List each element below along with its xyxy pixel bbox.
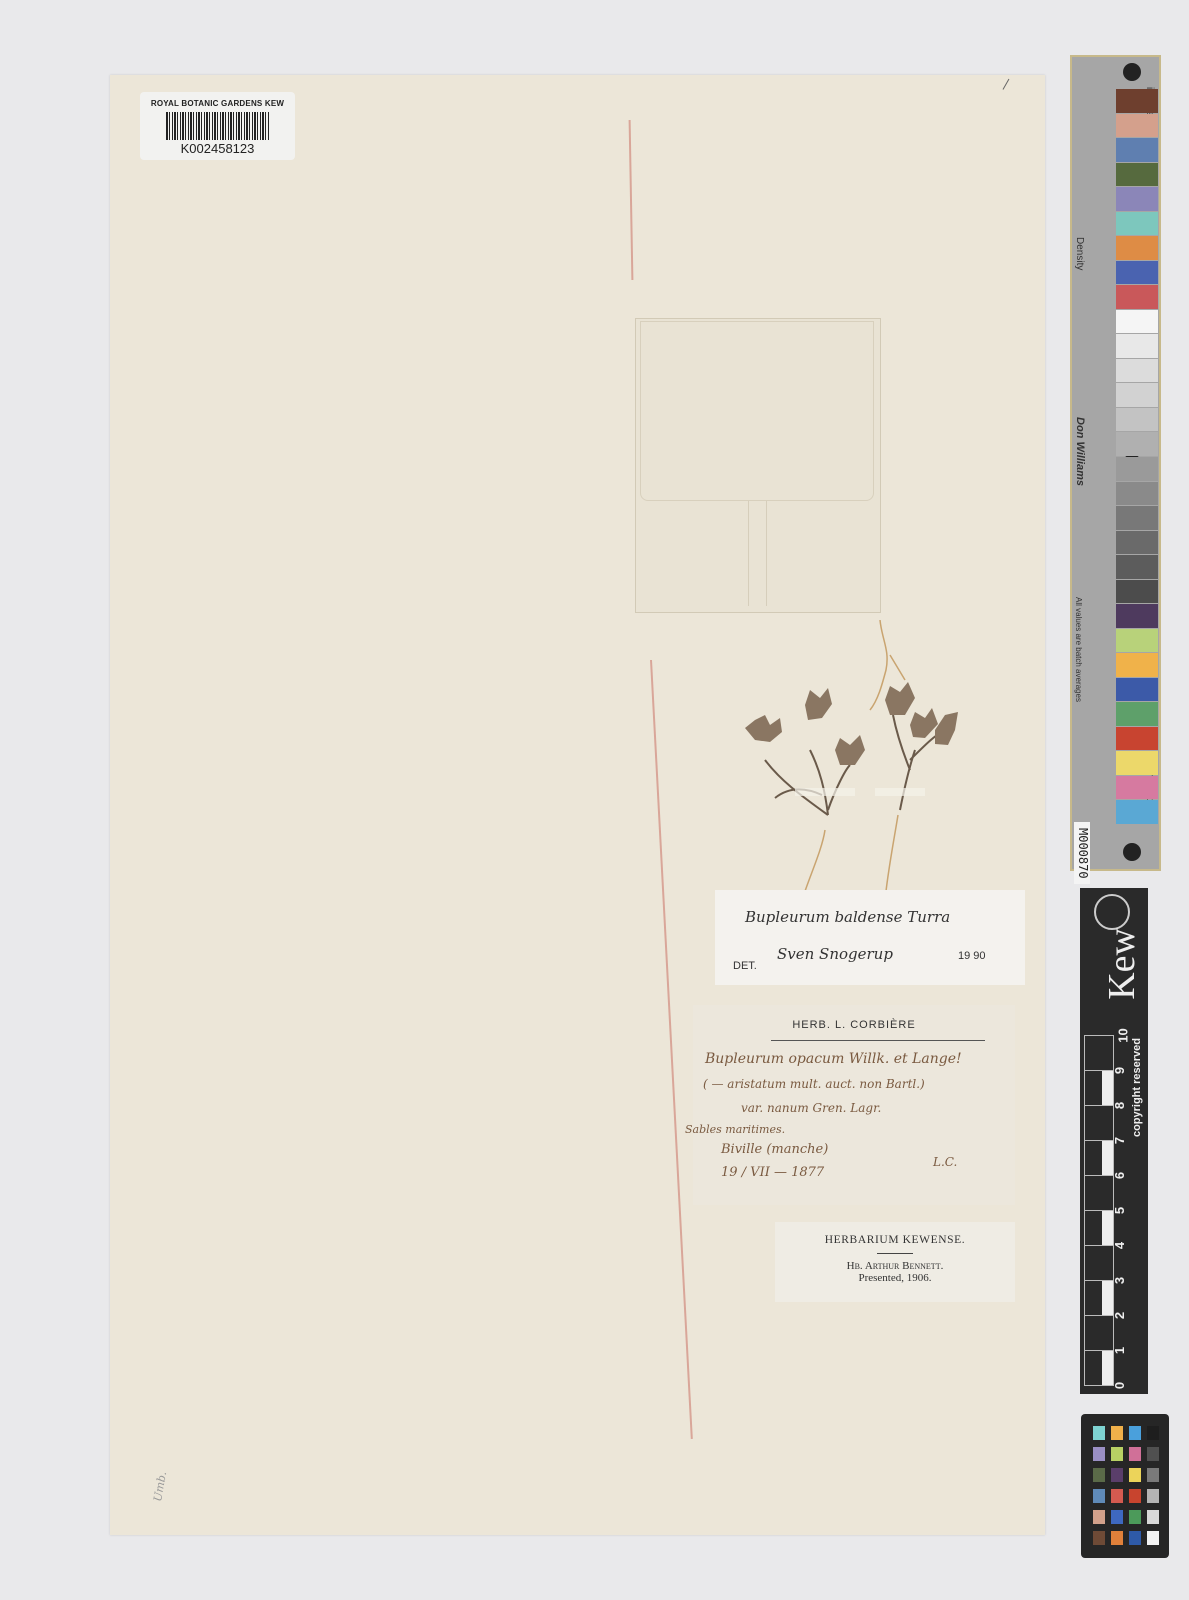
- barcode-icon: [166, 112, 270, 140]
- color-swatch: [1116, 604, 1158, 628]
- checker-patch: [1147, 1468, 1159, 1482]
- scale-number: 8: [1112, 1102, 1127, 1109]
- envelope-flap: [640, 321, 874, 501]
- checker-patch: [1147, 1447, 1159, 1461]
- checker-patch: [1111, 1510, 1123, 1524]
- scale-number: 6: [1112, 1172, 1127, 1179]
- scale-number: 7: [1112, 1137, 1127, 1144]
- checker-patch: [1129, 1426, 1141, 1440]
- herbarium-kewense-label: HERBARIUM KEWENSE. Hb. Arthur Bennett. P…: [775, 1222, 1015, 1302]
- checker-patch: [1129, 1468, 1141, 1482]
- color-swatch: [1116, 285, 1158, 309]
- scale-segment: [1084, 1210, 1114, 1246]
- color-swatch: [1116, 310, 1158, 334]
- envelope-seam: [748, 501, 749, 606]
- scale-number: 9: [1112, 1067, 1127, 1074]
- scale-number: 0: [1112, 1382, 1127, 1389]
- kewense-title: HERBARIUM KEWENSE.: [775, 1234, 1015, 1246]
- color-swatch: [1116, 138, 1158, 162]
- presented-line: Presented, 1906.: [775, 1272, 1015, 1284]
- scale-segment: [1084, 1070, 1114, 1106]
- taxon-line: Bupleurum opacum Willk. et Lange!: [705, 1051, 962, 1067]
- scale-ticks: [1084, 1035, 1114, 1390]
- color-swatch: [1116, 580, 1158, 604]
- color-swatch: [1116, 359, 1158, 383]
- color-swatch: [1116, 383, 1158, 407]
- checker-patch: [1111, 1489, 1123, 1503]
- scale-number: 10: [1116, 1028, 1131, 1042]
- color-swatch: [1116, 89, 1158, 113]
- det-prefix: DET.: [733, 960, 757, 972]
- checker-patch: [1093, 1468, 1105, 1482]
- scale-number: 3: [1112, 1277, 1127, 1284]
- checker-patch: [1111, 1426, 1123, 1440]
- color-swatch: [1116, 776, 1158, 800]
- institution-name: ROYAL BOTANIC GARDENS KEW: [140, 99, 295, 108]
- synonym-line: ( — aristatum mult. auct. non Bartl.): [703, 1077, 925, 1091]
- scale-number: 5: [1112, 1207, 1127, 1214]
- color-swatch: [1116, 482, 1158, 506]
- scale-numbers: 109876543210: [1116, 1028, 1132, 1388]
- color-swatch: [1116, 261, 1158, 285]
- checker-patch: [1147, 1426, 1159, 1440]
- checker-patch: [1147, 1510, 1159, 1524]
- color-swatch: [1116, 114, 1158, 138]
- scale-number: 1: [1112, 1347, 1127, 1354]
- color-swatch: [1116, 531, 1158, 555]
- scale-segment: [1084, 1245, 1114, 1281]
- royal-crest-icon: [1094, 894, 1130, 930]
- checker-patch: [1129, 1510, 1141, 1524]
- scale-segment: [1084, 1315, 1114, 1351]
- checker-patch: [1129, 1447, 1141, 1461]
- barcode-number: K002458123: [140, 141, 295, 156]
- hole-icon: [1123, 843, 1141, 861]
- batch-note: All values are batch averages: [1074, 597, 1083, 702]
- scale-number: 4: [1112, 1242, 1127, 1249]
- color-checker-card: [1081, 1414, 1169, 1558]
- determined-taxon: Bupleurum baldense Turra: [745, 908, 950, 926]
- determination-label: Bupleurum baldense Turra DET. Sven Snoge…: [715, 890, 1025, 985]
- color-swatch: [1116, 163, 1158, 187]
- determination-year: 19 90: [958, 950, 986, 962]
- color-swatch: [1116, 800, 1158, 824]
- color-swatch: [1116, 751, 1158, 775]
- color-swatch: [1116, 727, 1158, 751]
- envelope-seam: [766, 501, 767, 606]
- hole-icon: [1123, 63, 1141, 81]
- scale-segment: [1084, 1280, 1114, 1316]
- locality-line: Biville (manche): [721, 1142, 828, 1157]
- determiner-name: Sven Snogerup: [777, 945, 893, 963]
- copyright-text: copyright reserved: [1131, 1038, 1143, 1137]
- checker-patch: [1129, 1489, 1141, 1503]
- brand-label: Don Williams: [1074, 417, 1086, 486]
- variety-line: var. nanum Gren. Lagr.: [741, 1101, 881, 1115]
- checker-patch: [1093, 1489, 1105, 1503]
- color-swatch: [1116, 653, 1158, 677]
- specimen-envelope: [635, 318, 881, 613]
- checker-patch: [1093, 1510, 1105, 1524]
- scale-segment: [1084, 1350, 1114, 1386]
- color-swatch: [1116, 212, 1158, 236]
- kew-logo: Kew: [1100, 928, 1144, 1000]
- corbiere-header: HERB. L. CORBIÈRE: [693, 1019, 1015, 1031]
- scale-segment: [1084, 1140, 1114, 1176]
- checker-patch: [1147, 1531, 1159, 1545]
- kew-scale-bar: Kew 109876543210 copyright reserved: [1080, 888, 1148, 1394]
- strip-id: M000870: [1074, 822, 1090, 884]
- color-swatch: [1116, 334, 1158, 358]
- scale-segment: [1084, 1175, 1114, 1211]
- color-swatch: [1116, 432, 1158, 456]
- color-swatch: [1116, 408, 1158, 432]
- corbiere-label: HERB. L. CORBIÈRE Bupleurum opacum Willk…: [693, 1005, 1015, 1205]
- color-calibration-strip: inches Density Don Williams All values a…: [1070, 55, 1161, 871]
- checker-patch: [1093, 1447, 1105, 1461]
- barcode-label: ROYAL BOTANIC GARDENS KEW K002458123: [140, 92, 295, 160]
- color-swatch: [1116, 629, 1158, 653]
- color-swatch: [1116, 678, 1158, 702]
- divider: [771, 1040, 985, 1041]
- density-label: Density: [1074, 237, 1085, 270]
- color-swatch: [1116, 236, 1158, 260]
- collector-initials: L.C.: [933, 1155, 957, 1169]
- scale-segment: [1084, 1105, 1114, 1141]
- scale-segment: [1084, 1035, 1114, 1071]
- checker-patch: [1111, 1447, 1123, 1461]
- date-line: 19 / VII — 1877: [721, 1165, 824, 1180]
- habitat-line: Sables maritimes.: [685, 1123, 785, 1136]
- color-swatch: [1116, 506, 1158, 530]
- color-swatch: [1116, 457, 1158, 481]
- donor-line: Hb. Arthur Bennett.: [775, 1260, 1015, 1272]
- checker-patch: [1147, 1489, 1159, 1503]
- plant-specimen: [710, 620, 970, 900]
- color-swatch: [1116, 702, 1158, 726]
- checker-patch: [1111, 1468, 1123, 1482]
- scale-number: 2: [1112, 1312, 1127, 1319]
- color-swatch: [1116, 555, 1158, 579]
- divider: [877, 1253, 913, 1254]
- color-swatch: [1116, 187, 1158, 211]
- checker-patch: [1093, 1531, 1105, 1545]
- checker-patch: [1129, 1531, 1141, 1545]
- checker-patch: [1093, 1426, 1105, 1440]
- checker-patch: [1111, 1531, 1123, 1545]
